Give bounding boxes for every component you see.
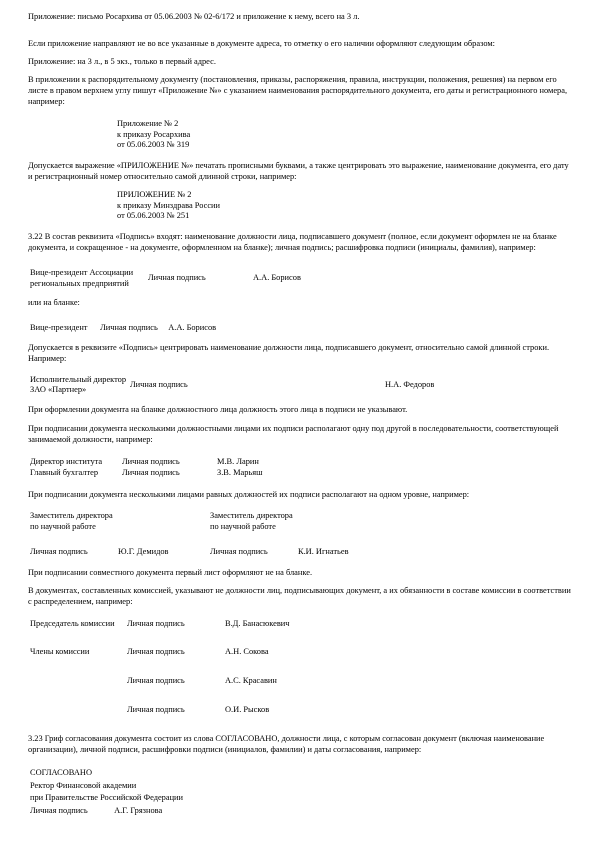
signature-name-row: Личная подпись К.И. Игнатьев: [210, 547, 571, 558]
personal-signature-label: Личная подпись: [148, 273, 253, 284]
paragraph-equal-positions: При подписании документа несколькими лиц…: [28, 490, 571, 501]
signer-name: А.Н. Сокова: [225, 647, 269, 658]
commission-role: [30, 676, 127, 687]
paragraph-uppercase-allowed: Допускается выражение «ПРИЛОЖЕНИЕ №» печ…: [28, 161, 571, 183]
signature-title-line-1: Вице-президент Ассоциации: [30, 268, 148, 279]
attachment-note-1: Приложение: письмо Росархива от 05.06.20…: [28, 12, 571, 23]
paragraph-joint-document: При подписании совместного документа пер…: [28, 568, 571, 579]
annex-example-2: ПРИЛОЖЕНИЕ № 2 к приказу Минздрава Росси…: [117, 190, 571, 222]
approved-signature-row: Личная подпись А.Г. Грязнова: [30, 805, 571, 817]
signature-example-deputies: Заместитель директора по научной работе …: [30, 511, 571, 557]
signature-title: Вице-президент Ассоциации региональных п…: [30, 268, 148, 290]
commission-row: Личная подпись А.С. Красавин: [30, 676, 571, 687]
personal-signature-label: Личная подпись: [122, 468, 217, 479]
attachment-note-2: Приложение: на 3 л., в 5 экз., только в …: [28, 57, 571, 68]
signature-title-line-1: Заместитель директора: [30, 511, 210, 522]
personal-signature-label: Личная подпись: [30, 547, 118, 558]
signer-name: А.Г. Грязнова: [114, 806, 162, 815]
annex-1-line-3: от 05.06.2003 № 319: [117, 140, 571, 151]
annex-2-line-2: к приказу Минздрава России: [117, 201, 571, 212]
signature-title-line-1: Заместитель директора: [210, 511, 571, 522]
signer-name: М.В. Ларин: [217, 457, 259, 468]
signature-example-director-accountant: Директор института Личная подпись М.В. Л…: [28, 457, 571, 480]
signature-title-line-2: региональных предприятий: [30, 279, 148, 290]
personal-signature-label: Личная подпись: [100, 323, 166, 334]
personal-signature-label: Личная подпись: [127, 647, 225, 658]
commission-row: Председатель комиссии Личная подпись В.Д…: [30, 619, 571, 630]
paragraph-centering-allowed: Допускается в реквизите «Подпись» центри…: [28, 343, 571, 365]
commission-row: Члены комиссии Личная подпись А.Н. Соков…: [30, 647, 571, 658]
signature-title: Директор института: [30, 457, 122, 468]
signature-row: Главный бухгалтер Личная подпись З.В. Ма…: [30, 468, 571, 479]
signer-name: Н.А. Федоров: [385, 380, 434, 391]
signer-name: В.Д. Банасюкевич: [225, 619, 290, 630]
deputy-left-column: Заместитель директора по научной работе …: [30, 511, 210, 557]
personal-signature-label: Личная подпись: [127, 705, 225, 716]
signature-example-vice-president: Вице-президент Ассоциации региональных п…: [30, 268, 571, 290]
signature-title-line-2: по научной работе: [210, 522, 571, 533]
annex-2-line-1: ПРИЛОЖЕНИЕ № 2: [117, 190, 571, 201]
deputy-right-column: Заместитель директора по научной работе …: [210, 511, 571, 557]
signature-title-line-2: ЗАО «Партнер»: [30, 385, 130, 396]
paragraph-3-22: 3.22 В состав реквизита «Подпись» входят…: [28, 232, 571, 254]
approved-position-line-1: Ректор Финансовой академии: [30, 780, 571, 792]
paragraph-3-23: 3.23 Гриф согласования документа состоит…: [28, 734, 571, 756]
signature-title: Вице-президент: [30, 323, 98, 334]
commission-signatures: Председатель комиссии Личная подпись В.Д…: [28, 619, 571, 716]
commission-role: Члены комиссии: [30, 647, 127, 658]
commission-role: [30, 705, 127, 716]
signer-name: А.А. Борисов: [168, 323, 216, 332]
signature-row: Директор института Личная подпись М.В. Л…: [30, 457, 571, 468]
approved-position-line-2: при Правительстве Российской Федерации: [30, 792, 571, 804]
signer-name: А.С. Красавин: [225, 676, 277, 687]
signature-title: Заместитель директора по научной работе: [30, 511, 210, 533]
personal-signature-label: Личная подпись: [30, 805, 112, 817]
annex-1-line-1: Приложение № 2: [117, 119, 571, 130]
personal-signature-label: Личная подпись: [130, 380, 385, 391]
annex-2-line-3: от 05.06.2003 № 251: [117, 211, 571, 222]
personal-signature-label: Личная подпись: [122, 457, 217, 468]
signature-title-line-2: по научной работе: [30, 522, 210, 533]
paragraph-or-on-letterhead: или на бланке:: [28, 298, 571, 309]
personal-signature-label: Личная подпись: [127, 676, 225, 687]
signature-title: Исполнительный директор ЗАО «Партнер»: [30, 375, 130, 397]
paragraph-not-all-addresses: Если приложение направляют не во все ука…: [28, 39, 571, 50]
annex-example-1: Приложение № 2 к приказу Росархива от 05…: [117, 119, 571, 151]
annex-1-line-2: к приказу Росархива: [117, 130, 571, 141]
document-page: Приложение: письмо Росархива от 05.06.20…: [0, 0, 595, 842]
paragraph-commission: В документах, составленных комиссией, ук…: [28, 586, 571, 608]
signature-example-executive-director: Исполнительный директор ЗАО «Партнер» Ли…: [30, 375, 571, 397]
signature-title: Заместитель директора по научной работе: [210, 511, 571, 533]
commission-role: Председатель комиссии: [30, 619, 127, 630]
signer-name: Ю.Г. Демидов: [118, 547, 169, 558]
paragraph-annex-rule: В приложении к распорядительному докумен…: [28, 75, 571, 107]
signer-name: А.А. Борисов: [253, 273, 301, 284]
signature-name-row: Личная подпись Ю.Г. Демидов: [30, 547, 210, 558]
signature-example-letterhead: Вице-президент Личная подпись А.А. Борис…: [30, 323, 571, 334]
paragraph-official-letterhead: При оформлении документа на бланке должн…: [28, 405, 571, 416]
signer-name: К.И. Игнатьев: [298, 547, 349, 558]
approved-word: СОГЛАСОВАНО: [30, 767, 571, 779]
paragraph-several-officials: При подписании документа несколькими дол…: [28, 424, 571, 446]
signer-name: З.В. Марьяш: [217, 468, 263, 479]
signer-name: О.И. Рысков: [225, 705, 269, 716]
signature-title: Главный бухгалтер: [30, 468, 122, 479]
approval-stamp-example: СОГЛАСОВАНО Ректор Финансовой академии п…: [30, 767, 571, 817]
commission-row: Личная подпись О.И. Рысков: [30, 705, 571, 716]
signature-title-line-1: Исполнительный директор: [30, 375, 130, 386]
personal-signature-label: Личная подпись: [127, 619, 225, 630]
personal-signature-label: Личная подпись: [210, 547, 298, 558]
